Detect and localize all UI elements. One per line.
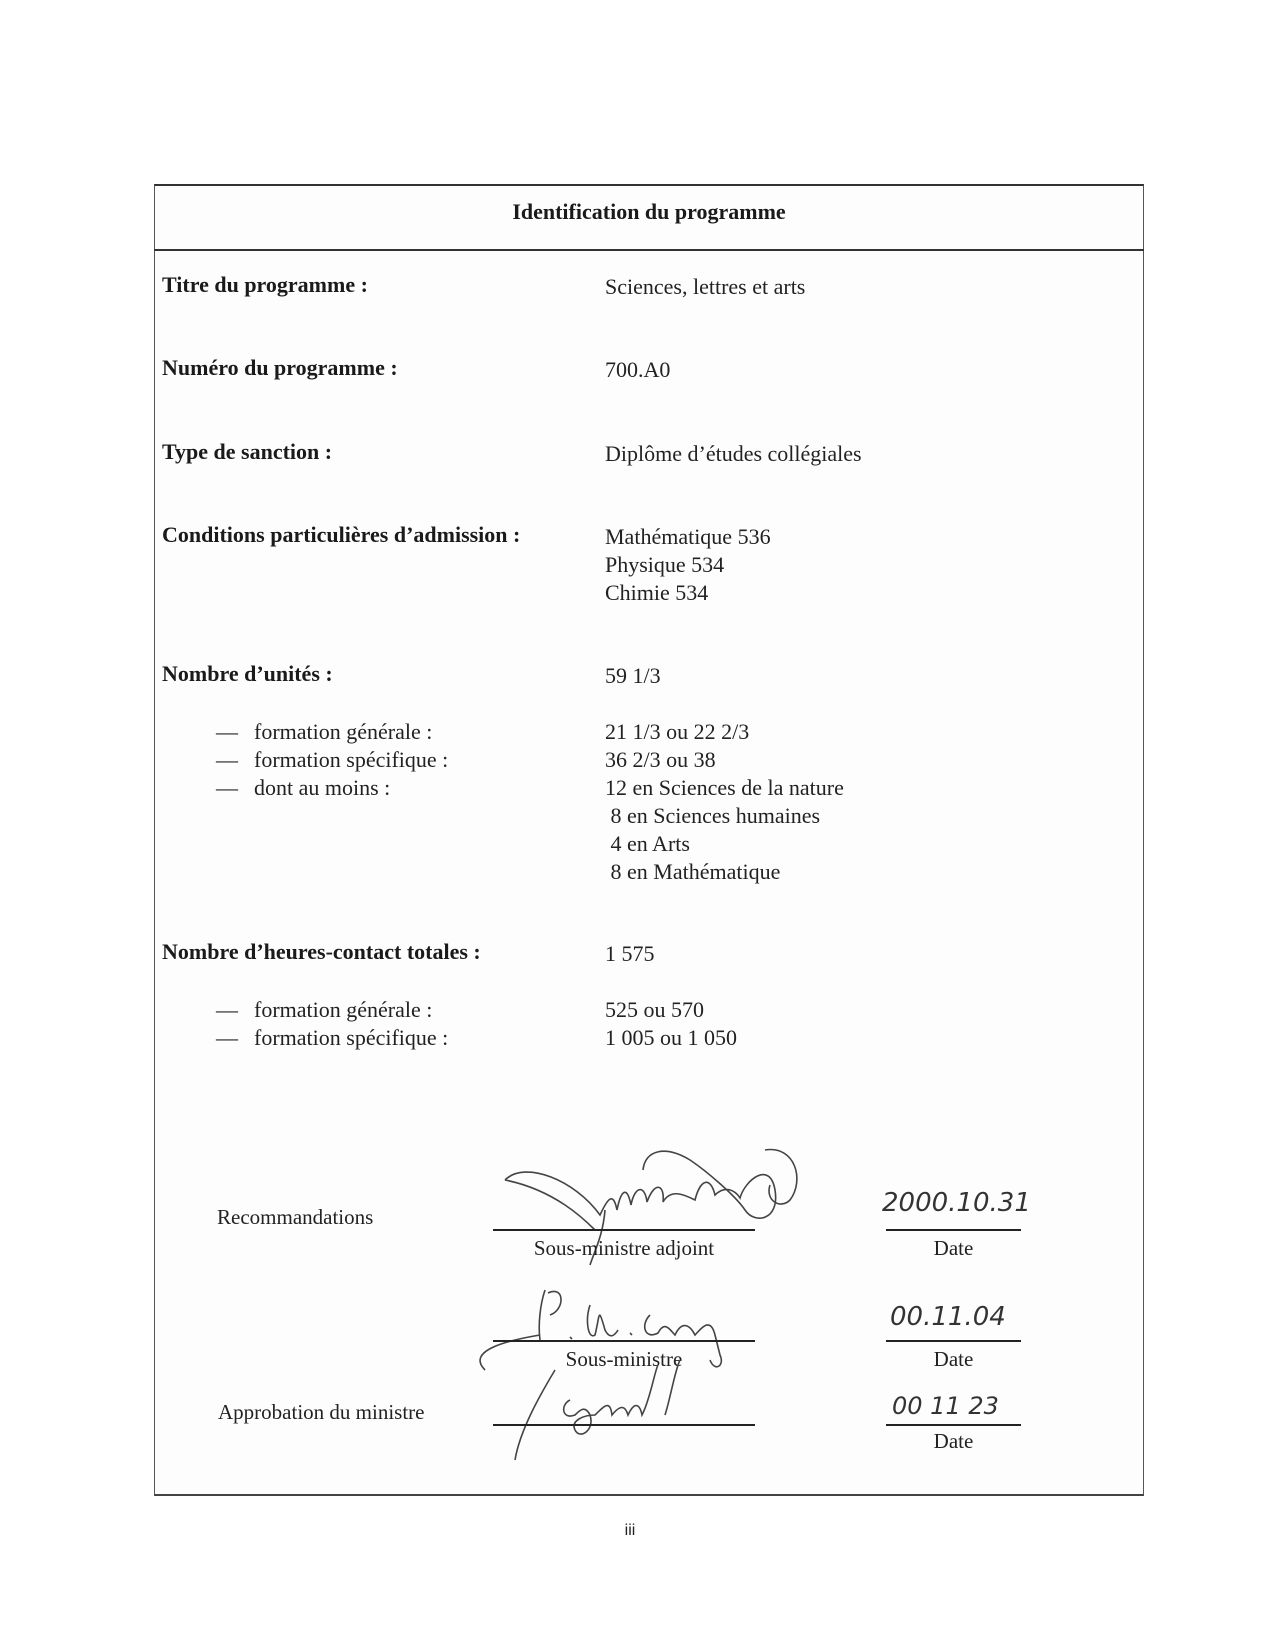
dash: — [216,997,254,1023]
date-line [886,1424,1021,1426]
breakdown-label: formation spécifique : [254,1025,448,1050]
field-label-number: Numéro du programme : [162,355,398,381]
units-breakdown-item: —formation spécifique : [216,747,448,773]
approbation-label: Approbation du ministre [218,1400,424,1425]
admission-condition: Physique 534 [605,552,724,578]
minimum-units-item: 8 en Mathématique [605,859,780,885]
dash: — [216,747,254,773]
dash: — [216,775,254,801]
handwritten-date: 00 11 23 [892,1392,999,1420]
units-breakdown-item: —dont au moins : [216,775,390,801]
admission-condition: Chimie 534 [605,580,708,606]
header-divider [154,249,1144,251]
units-label: Nombre d’unités : [162,661,333,687]
date-label: Date [886,1347,1021,1372]
hours-breakdown-item: —formation générale : [216,997,432,1023]
date-label: Date [886,1236,1021,1261]
field-label-admission: Conditions particulières d’admission : [162,522,520,548]
field-value-number: 700.A0 [605,357,670,383]
units-value: 59 1/3 [605,663,661,689]
page-number: iii [600,1522,660,1540]
signature-line [493,1424,755,1426]
dash: — [216,719,254,745]
breakdown-value: 36 2/3 ou 38 [605,747,716,773]
handwritten-date: 00.11.04 [890,1302,1006,1332]
breakdown-label: formation générale : [254,719,432,744]
hours-value: 1 575 [605,941,655,967]
admission-condition: Mathématique 536 [605,524,771,550]
field-label-sanction: Type de sanction : [162,439,332,465]
field-label-title: Titre du programme : [162,272,368,298]
dash: — [216,1025,254,1051]
breakdown-label: formation spécifique : [254,747,448,772]
breakdown-value: 525 ou 570 [605,997,704,1023]
breakdown-value: 1 005 ou 1 050 [605,1025,737,1051]
date-line [886,1340,1021,1342]
handwritten-date: 2000.10.31 [882,1188,1031,1218]
date-line [886,1229,1021,1231]
hours-breakdown-item: —formation spécifique : [216,1025,448,1051]
box-title: Identification du programme [154,199,1144,225]
breakdown-value: 12 en Sciences de la nature [605,775,844,801]
breakdown-value: 21 1/3 ou 22 2/3 [605,719,749,745]
breakdown-label: dont au moins : [254,775,390,800]
breakdown-label: formation générale : [254,997,432,1022]
hours-label: Nombre d’heures-contact totales : [162,939,481,965]
date-label: Date [886,1429,1021,1454]
sous-ministre-adjoint-label: Sous-ministre adjoint [493,1236,755,1261]
signature-line [493,1340,755,1342]
signature-ministre [480,1360,780,1475]
recommandations-label: Recommandations [217,1205,373,1230]
field-value-title: Sciences, lettres et arts [605,274,805,300]
field-value-sanction: Diplôme d’études collégiales [605,441,862,467]
minimum-units-item: 8 en Sciences humaines [605,803,820,829]
signature-line [493,1229,755,1231]
minimum-units-item: 4 en Arts [605,831,690,857]
units-breakdown-item: —formation générale : [216,719,432,745]
